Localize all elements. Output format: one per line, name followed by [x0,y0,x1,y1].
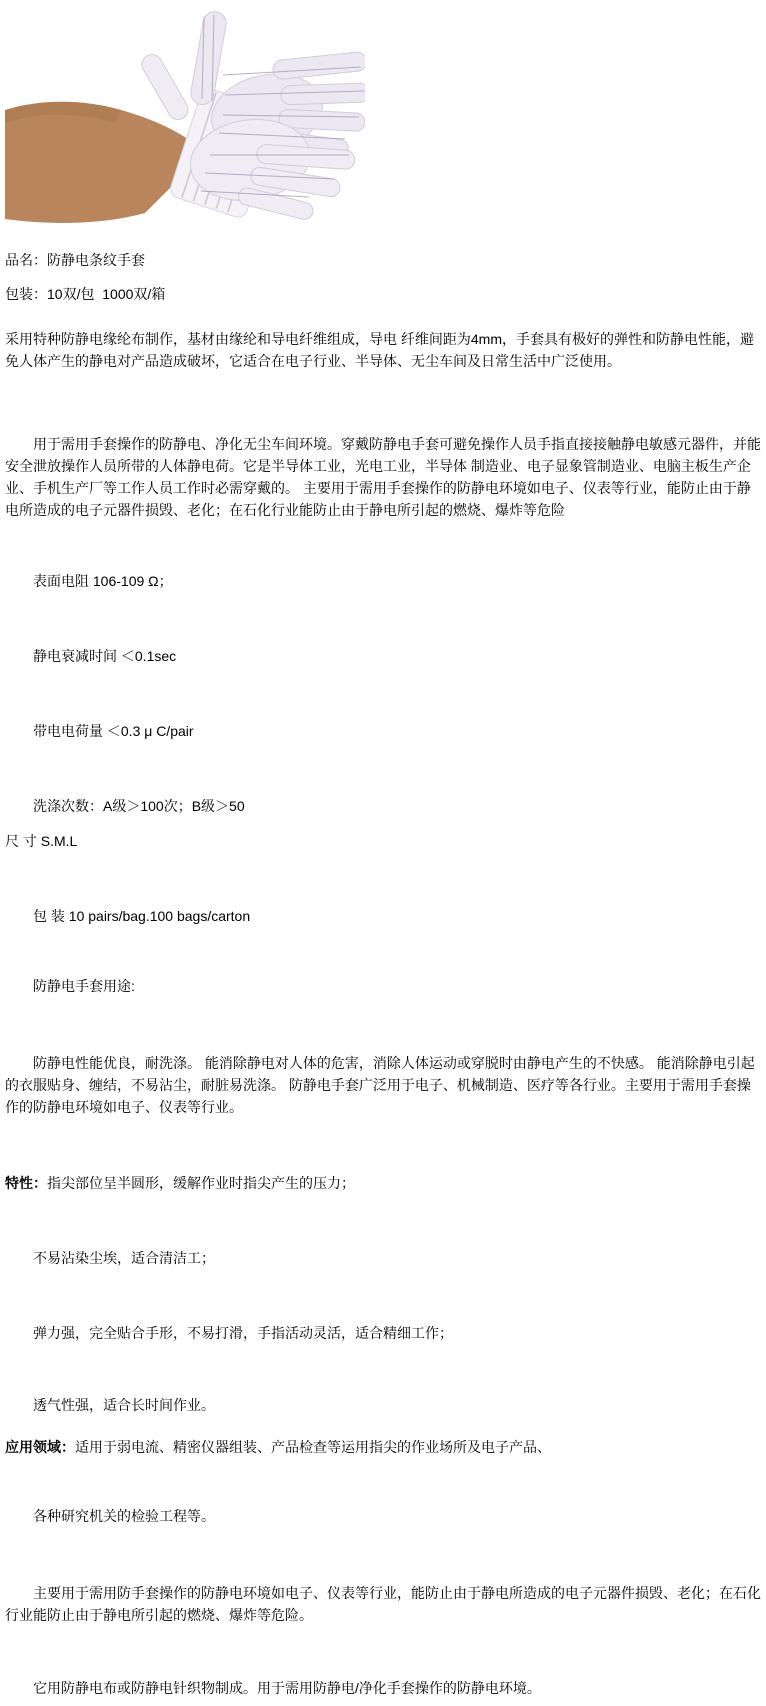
gloves-photo-svg [5,5,365,223]
features-text: 指尖部位呈半圆形，缓解作业时指尖产生的压力； [47,1175,355,1191]
feature4-line: 透气性强，适合长时间作业。 [5,1394,761,1416]
application2-line: 各种研究机关的检验工程等。 [5,1505,761,1527]
material-paragraph: 采用特种防静电缘纶布制作，基材由缘纶和导电纤维组成，导电 纤维间距为4mm，手套… [5,328,761,372]
product-name-line: 品名：防静电条纹手套 [5,249,761,271]
performance-paragraph: 防静电性能优良，耐洗涤。 能消除静电对人体的危害，消除人体运动或穿脱时由静电产生… [5,1052,761,1118]
made-of-line: 它用防静电布或防静电针织物制成。用于需用防静电/净化手套操作的防静电环境。 [5,1677,761,1699]
product-photo [5,5,365,223]
decay-time-line: 静电衰减时间 ＜0.1sec [5,645,761,667]
main-use-paragraph: 主要用于需用防手套操作的防静电环境如电子、仪表等行业，能防止由于静电所造成的电子… [5,1582,761,1626]
usage-paragraph: 用于需用手套操作的防静电、净化无尘车间环境。穿戴防静电手套可避免操作人员手指直接… [5,433,761,521]
application-label: 应用领域： [5,1439,75,1455]
feature2-line: 不易沾染尘埃，适合清洁工； [5,1247,761,1269]
wash-times-line: 洗涤次数：A级＞100次；B级＞50 [5,795,761,817]
application-line: 应用领域：适用于弱电流、精密仪器组装、产品检查等运用指尖的作业场所及电子产品、 [5,1436,761,1458]
feature3-line: 弹力强，完全贴合手形，不易打滑，手指活动灵活，适合精细工作； [5,1322,761,1344]
packing-en-line: 包 装 10 pairs/bag.100 bags/carton [5,905,761,927]
purpose-title-line: 防静电手套用途: [5,975,761,997]
charge-line: 带电电荷量 ＜0.3 μ C/pair [5,720,761,742]
surface-resistance-line: 表面电阻 106-109 Ω； [5,570,761,592]
product-detail-page: 品名：防静电条纹手套 包装：10双/包 1000双/箱 采用特种防静电缘纶布制作… [0,0,766,1706]
packing-line: 包装：10双/包 1000双/箱 [5,283,761,305]
features-label: 特性： [5,1175,47,1191]
features-line: 特性：指尖部位呈半圆形，缓解作业时指尖产生的压力； [5,1172,761,1194]
size-line: 尺 寸 S.M.L [5,830,761,852]
application-text: 适用于弱电流、精密仪器组装、产品检查等运用指尖的作业场所及电子产品、 [75,1439,551,1455]
